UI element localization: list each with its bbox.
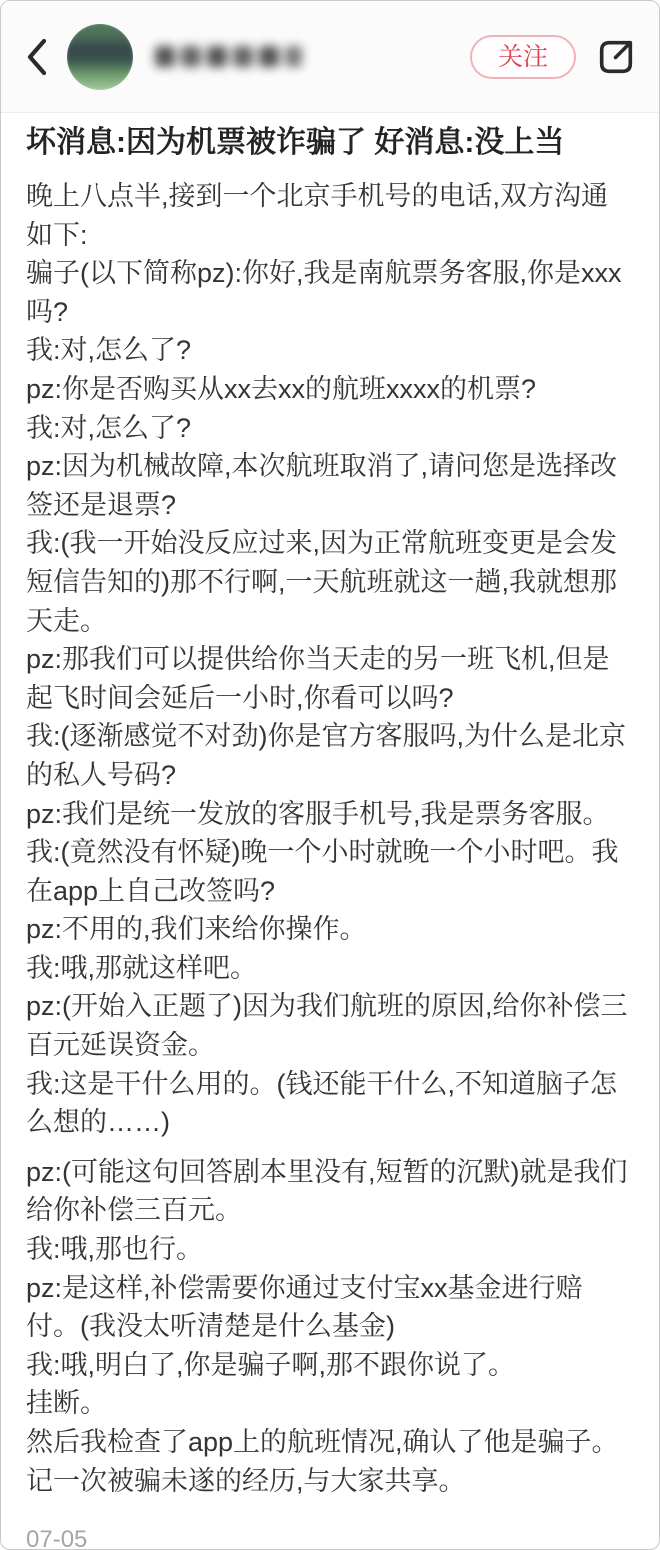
chevron-left-icon: [25, 37, 49, 77]
top-bar: 关注: [1, 1, 659, 113]
username-blurred[interactable]: [155, 46, 302, 67]
post-body-block-1: 晚上八点半,接到一个北京手机号的电话,双方沟通如下: 骗子(以下简称pz):你好…: [26, 177, 634, 1142]
avatar-image-blurred: [67, 24, 133, 90]
post-content: 坏消息:因为机票被诈骗了 好消息:没上当 晚上八点半,接到一个北京手机号的电话,…: [1, 113, 659, 1550]
share-button[interactable]: [595, 35, 637, 79]
post-detail-screen: 关注 坏消息:因为机票被诈骗了 好消息:没上当 晚上八点半,接到一个北京手机号的…: [0, 0, 660, 1550]
post-date: 07-05: [26, 1526, 634, 1550]
post-body-block-2: pz:(可能这句回答剧本里没有,短暂的沉默)就是我们给你补偿三百元。 我:哦,那…: [26, 1153, 634, 1500]
follow-button[interactable]: 关注: [470, 35, 576, 79]
avatar[interactable]: [67, 24, 133, 90]
back-button[interactable]: [25, 35, 53, 79]
post-title: 坏消息:因为机票被诈骗了 好消息:没上当: [26, 122, 634, 164]
share-external-icon: [595, 36, 637, 78]
